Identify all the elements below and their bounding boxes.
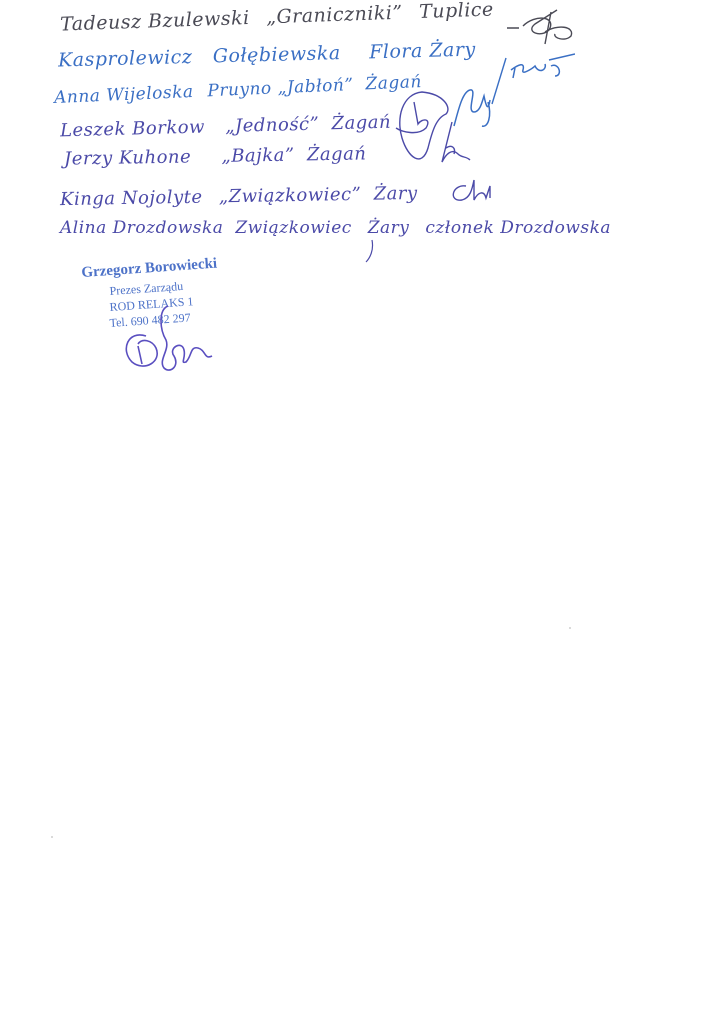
signature-icon <box>446 176 496 206</box>
entry-town: Żary <box>373 183 417 205</box>
entry-row-2: Kasprolewicz Gołębiewska Flora Żary <box>58 39 476 72</box>
entry-name: Anna Wijeloska <box>54 82 194 108</box>
signature-icon <box>118 300 218 375</box>
entry-name: Jerzy Kuhone <box>64 146 192 169</box>
entry-row-7: Alina Drozdowska Związkowiec Żary człone… <box>60 218 611 238</box>
scanned-page: Tadeusz Bzulewski „Graniczniki” Tuplice … <box>0 0 724 1024</box>
entry-garden: „Związkowiec” <box>219 184 362 207</box>
signature-icon <box>432 118 472 168</box>
entry-name: Leszek Borkow <box>60 117 205 142</box>
entry-garden: „Bajka” <box>221 145 295 167</box>
entry-note: członek Drozdowska <box>425 218 611 238</box>
entry-town: Żagań <box>331 112 391 135</box>
entry-town: Tuplice <box>419 0 494 23</box>
entry-name: Alina Drozdowska <box>60 218 223 238</box>
entry-town: Żary <box>368 218 410 238</box>
signature-icon <box>505 4 585 49</box>
entry-garden: Gołębiewska <box>213 42 341 67</box>
entry-name: Kasprolewicz <box>58 46 193 72</box>
entry-garden: Związkowiec <box>235 218 352 238</box>
entry-garden: „Jedność” <box>225 114 320 137</box>
entry-name: Kinga Nojolyte <box>60 187 203 210</box>
entry-row-5: Jerzy Kuhone „Bajka” Żagań <box>64 143 367 169</box>
entry-row-1: Tadeusz Bzulewski „Graniczniki” Tuplice <box>60 0 494 36</box>
entry-town: Flora Żary <box>369 39 476 64</box>
entry-town: Żagań <box>307 143 367 165</box>
entry-row-4: Leszek Borkow „Jedność” Żagań <box>60 112 392 142</box>
entry-name: Tadeusz Bzulewski <box>60 7 250 36</box>
signature-icon <box>505 48 575 83</box>
entry-row-3: Anna Wijeloska Pruyno „Jabłoń” Żagań <box>54 72 422 108</box>
entry-garden: „Graniczniki” <box>266 2 403 29</box>
signature-tail-icon <box>362 238 378 264</box>
scan-speck <box>569 627 571 629</box>
stamp-name: Grzegorz Borowiecki <box>81 257 218 281</box>
entry-garden: Pruyno „Jabłoń” <box>207 75 354 101</box>
scan-speck <box>51 836 53 838</box>
entry-row-6: Kinga Nojolyte „Związkowiec” Żary <box>60 183 418 210</box>
